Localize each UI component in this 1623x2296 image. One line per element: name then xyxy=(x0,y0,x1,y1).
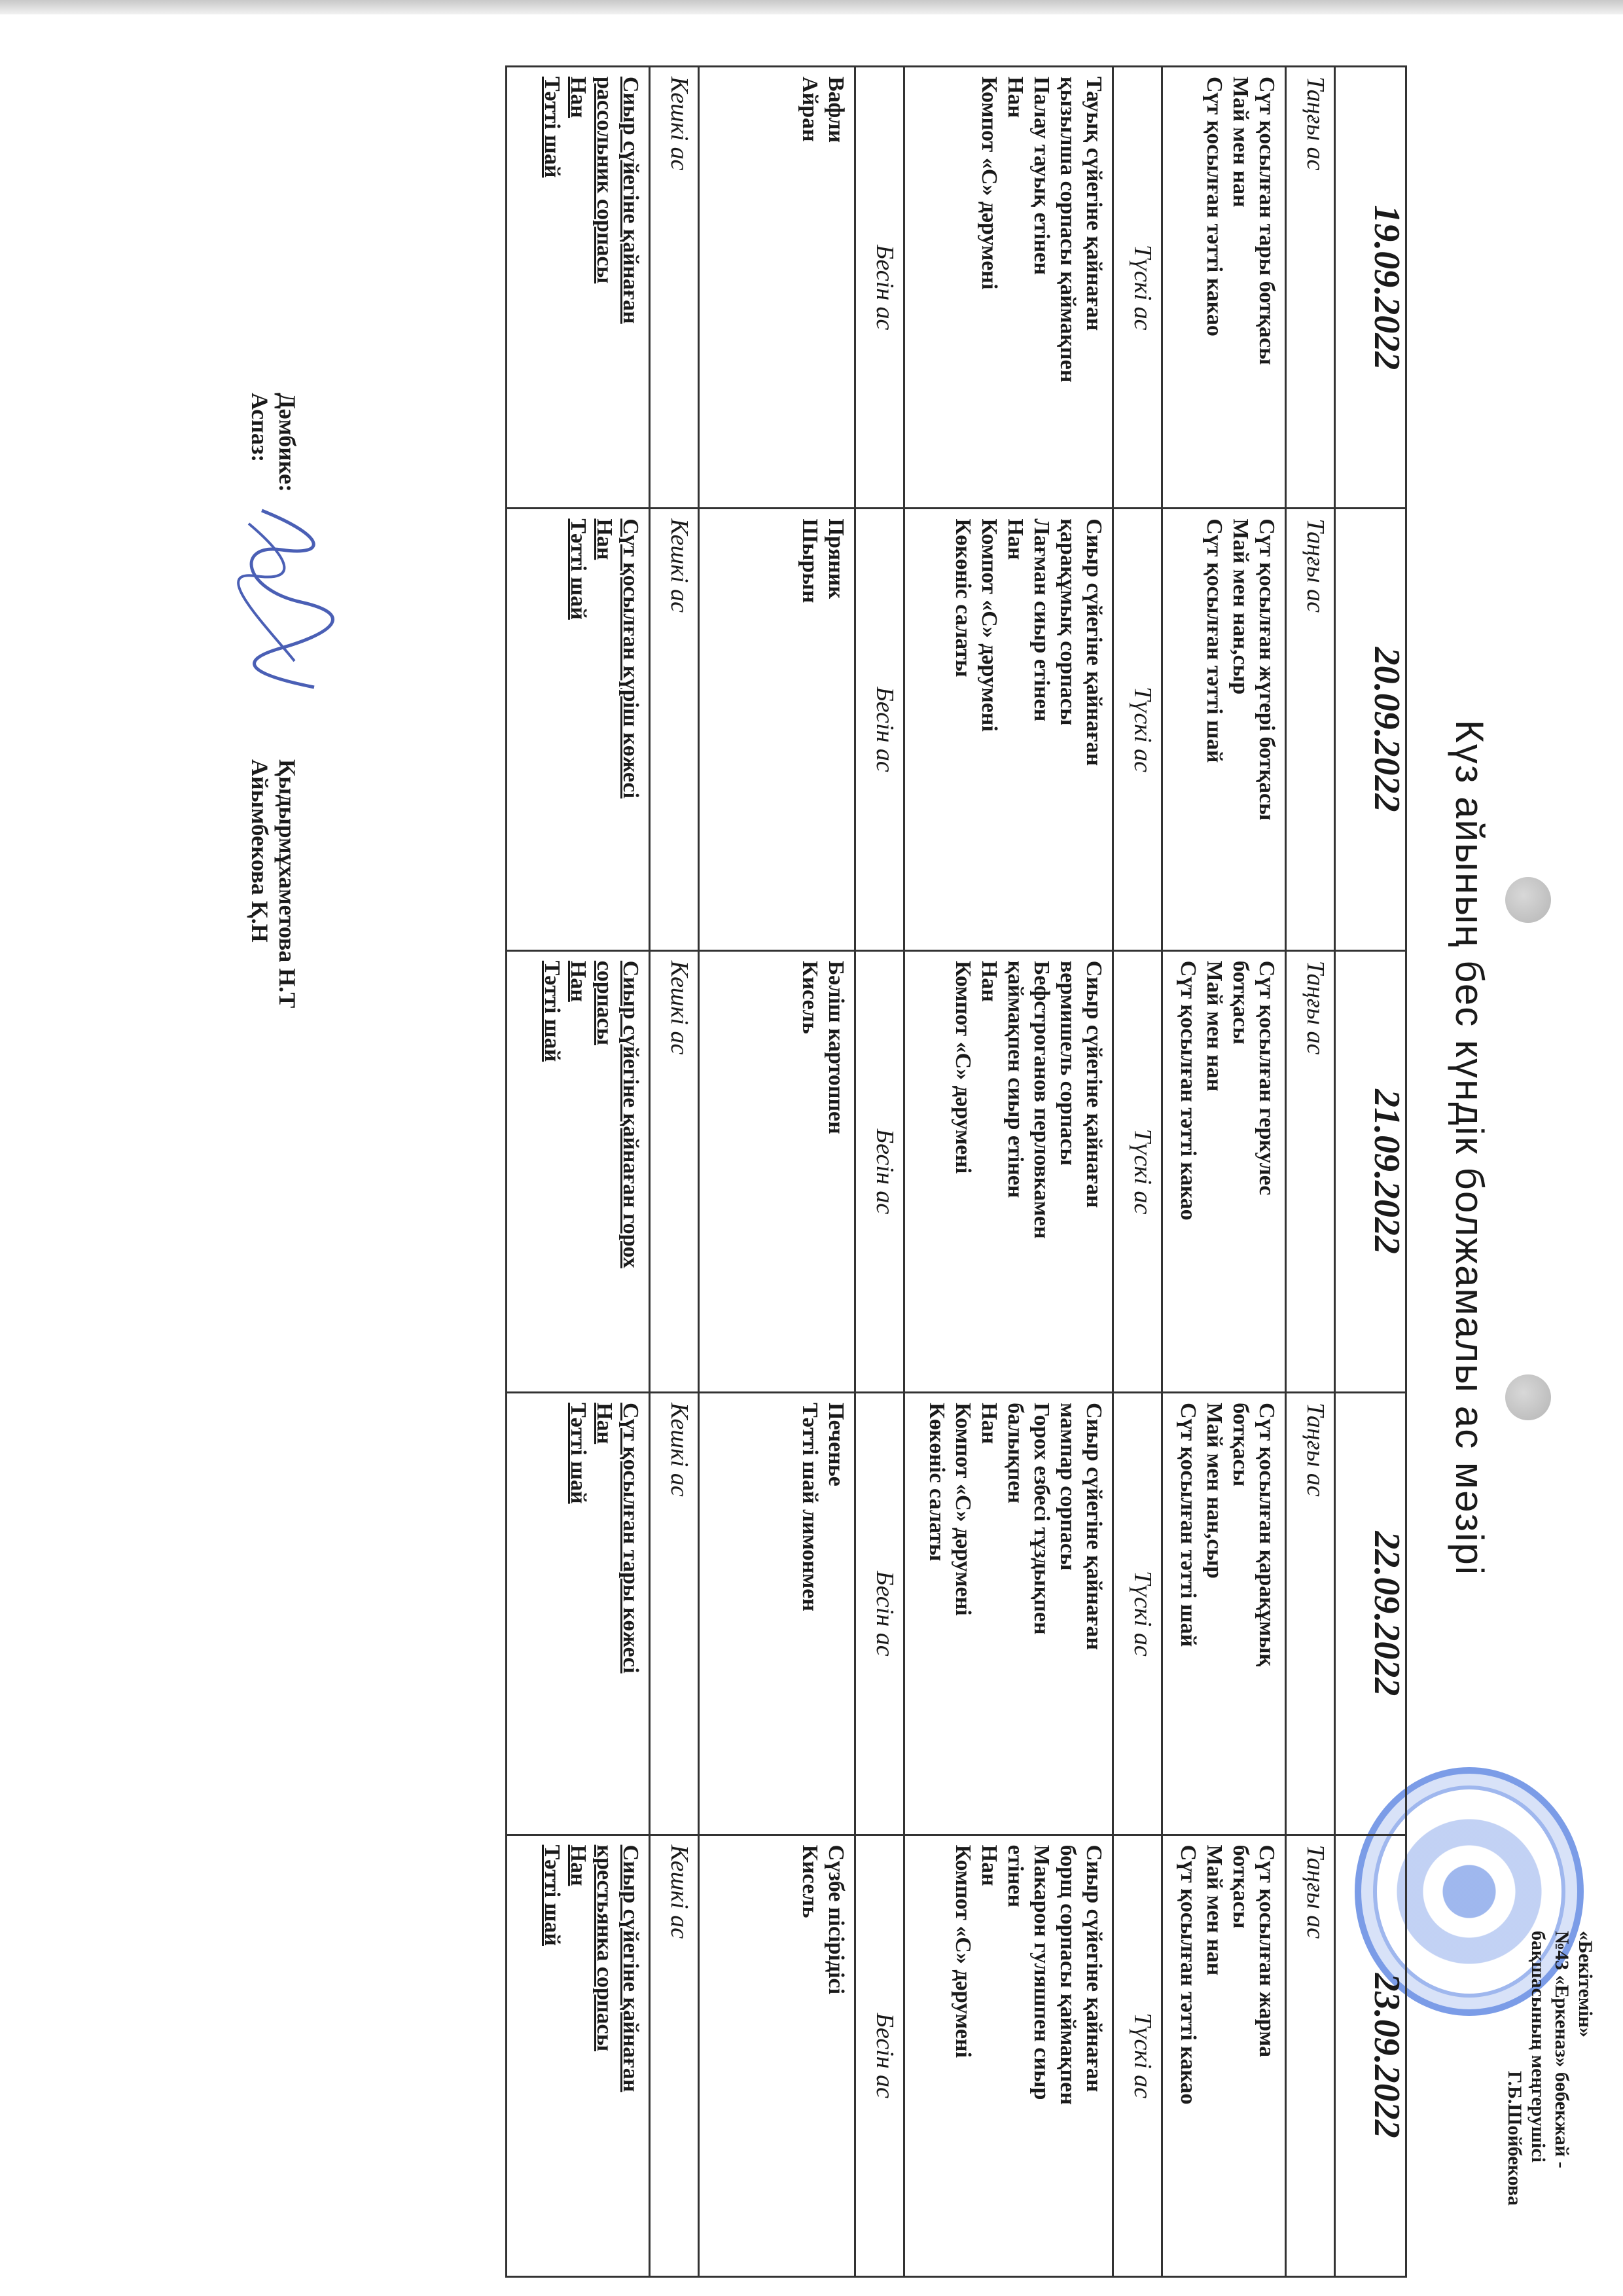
menu-item: Шырын xyxy=(796,518,823,940)
menu-sheet: «Бекітемін» №43 «Еркеназ» бөбекжай - бақ… xyxy=(0,0,1623,2296)
menu-item: ботқасы xyxy=(1227,961,1253,1382)
menu-item: Тәтті шай xyxy=(539,1845,565,2267)
meal-label-lunch: Түскі ас xyxy=(1113,1835,1162,2276)
menu-item: ботқасы xyxy=(1227,1403,1253,1824)
menu-item: Компот «С» дәрумені xyxy=(950,1845,976,2267)
menu-item: Май мен нан xyxy=(1201,961,1227,1382)
snack-items: ПряникШырын xyxy=(699,509,855,950)
menu-item: Сүт қосылған тары ботқасы xyxy=(1253,77,1279,498)
menu-item: Нан xyxy=(591,518,617,940)
meal-label-breakfast: Таңғы ас xyxy=(1286,67,1335,509)
menu-item: қаймақпен сиыр етінен xyxy=(1002,961,1028,1382)
menu-item: қызылша сорпасы қаймақпен xyxy=(1054,77,1080,498)
approval-line: «Бекітемін» xyxy=(1573,1931,1597,2206)
menu-item: Сүт қосылған күріш көжесі xyxy=(617,518,643,940)
meal-label-breakfast: Таңғы ас xyxy=(1286,1835,1335,2276)
meal-label-dinner: Кешкі ас xyxy=(650,1835,699,2276)
menu-item: Сүт қосылған тары көжесі xyxy=(617,1403,643,1824)
approval-line: Г.Б.Шойбекова xyxy=(1503,1931,1526,2206)
meal-label-breakfast: Таңғы ас xyxy=(1286,509,1335,950)
menu-item: Нан xyxy=(976,961,1002,1382)
menu-item: Нан xyxy=(565,961,591,1382)
menu-item: ботқасы xyxy=(1227,1845,1253,2267)
menu-item: Тәтті шай xyxy=(565,1403,591,1824)
meal-label-snack: Бесін ас xyxy=(855,67,904,509)
menu-item: Сүт қосылған қарақұмық xyxy=(1253,1403,1279,1824)
approval-line: №43 «Еркеназ» бөбекжай - xyxy=(1550,1931,1573,2206)
menu-item: Сиыр сүйегіне қайнаған xyxy=(1080,518,1107,940)
approval-block: «Бекітемін» №43 «Еркеназ» бөбекжай - бақ… xyxy=(1503,1931,1597,2206)
menu-row: ВафлиАйранПряникШырынБәліш картоппенКисе… xyxy=(699,67,855,2277)
menu-item: мампар сорпасы xyxy=(1054,1403,1080,1824)
meal-label-lunch: Түскі ас xyxy=(1113,509,1162,950)
menu-item: Көкөніс салаты xyxy=(923,1403,950,1824)
menu-table: 19.09.202220.09.202221.09.202222.09.2022… xyxy=(505,65,1407,2278)
lunch-items: Сиыр сүйегіне қайнағанқарақұмық сорпасыЛ… xyxy=(904,509,1113,950)
signers-block: Дәмбике: Қыдырмұхаметова Н.Т Аспаз: Айым… xyxy=(246,393,301,1008)
menu-item: Тәтті шай лимонмен xyxy=(796,1403,823,1824)
day-date: 19.09.2022 xyxy=(1335,67,1406,509)
menu-item: Сүзбе пісірідісі xyxy=(823,1845,849,2267)
menu-item: Макарон гуляшпен сиыр xyxy=(1028,1845,1054,2267)
menu-item: рассольник сорпасы xyxy=(591,77,617,498)
menu-item: Сүт қосылған тәтті какао xyxy=(1201,77,1227,498)
dinner-items: Сиыр сүйегіне қайнаған горохсорпасыНанТә… xyxy=(507,950,650,1392)
menu-item: вермишель сорпасы xyxy=(1054,961,1080,1382)
meal-label-snack: Бесін ас xyxy=(855,509,904,950)
menu-item: Көкөніс салаты xyxy=(950,518,976,940)
menu-item: Нан xyxy=(1002,77,1028,498)
menu-item: Горох езбесі тұздықпен xyxy=(1028,1403,1054,1824)
menu-item: Вафли xyxy=(823,77,849,498)
menu-item: Палау тауық етінен xyxy=(1028,77,1054,498)
dinner-items: Сүт қосылған күріш көжесіНанТәтті шай xyxy=(507,509,650,950)
menu-item: Сүт қосылған тәтті шай xyxy=(1201,518,1227,940)
menu-item: қарақұмық сорпасы xyxy=(1054,518,1080,940)
menu-item: Сүт қосылған тәтті шай xyxy=(1175,1403,1201,1824)
lunch-items: Тауық сүйегіне қайнағанқызылша сорпасы қ… xyxy=(904,67,1113,509)
menu-item: Нан xyxy=(976,1845,1002,2267)
day-date: 23.09.2022 xyxy=(1335,1835,1406,2276)
menu-item: сорпасы xyxy=(591,961,617,1382)
menu-item: етінен xyxy=(1002,1845,1028,2267)
signer-name: Қыдырмұхаметова Н.Т xyxy=(274,759,301,1008)
meal-label-snack: Бесін ас xyxy=(855,1393,904,1835)
dinner-items: Сүт қосылған тары көжесіНанТәтті шай xyxy=(507,1393,650,1835)
menu-row: Таңғы асТаңғы асТаңғы асТаңғы асТаңғы ас xyxy=(1286,67,1335,2277)
snack-items: Бәліш картоппенКисель xyxy=(699,950,855,1392)
menu-item: Лағман сиыр етінен xyxy=(1028,518,1054,940)
menu-item: Сиыр сүйегіне қайнаған xyxy=(617,77,643,498)
menu-row: Сүт қосылған тары ботқасыМай мен нанСүт … xyxy=(1162,67,1286,2277)
breakfast-items: Сүт қосылған геркулесботқасыМай мен нанС… xyxy=(1162,950,1286,1392)
day-date: 20.09.2022 xyxy=(1335,509,1406,950)
meal-label-snack: Бесін ас xyxy=(855,950,904,1392)
breakfast-items: Сүт қосылған қарақұмықботқасыМай мен нан… xyxy=(1162,1393,1286,1835)
lunch-items: Сиыр сүйегіне қайнағанвермишель сорпасыБ… xyxy=(904,950,1113,1392)
menu-item: Тәтті шай xyxy=(565,518,591,940)
menu-item: Нан xyxy=(976,1403,1002,1824)
menu-item: Май мен нан,сыр xyxy=(1227,518,1253,940)
meal-label-dinner: Кешкі ас xyxy=(650,67,699,509)
day-date: 21.09.2022 xyxy=(1335,950,1406,1392)
menu-item: Нан xyxy=(1002,518,1028,940)
menu-item: Тәтті шай xyxy=(539,961,565,1382)
approval-line: бақшасының меңгерушісі xyxy=(1526,1931,1550,2206)
menu-item: Тауық сүйегіне қайнаған xyxy=(1080,77,1107,498)
meal-label-dinner: Кешкі ас xyxy=(650,950,699,1392)
menu-item: Айран xyxy=(796,77,823,498)
menu-row: Түскі асТүскі асТүскі асТүскі асТүскі ас xyxy=(1113,67,1162,2277)
meal-label-snack: Бесін ас xyxy=(855,1835,904,2276)
menu-item: Компот «С» дәрумені xyxy=(950,1403,976,1824)
menu-item: Тәтті шай xyxy=(539,77,565,498)
menu-item: Май мен нан xyxy=(1201,1845,1227,2267)
meal-label-lunch: Түскі ас xyxy=(1113,950,1162,1392)
menu-item: Сиыр сүйегіне қайнаған xyxy=(1080,961,1107,1382)
menu-item: Сиыр сүйегіне қайнаған xyxy=(617,1845,643,2267)
menu-item: Сүт қосылған геркулес xyxy=(1253,961,1279,1382)
menu-item: Кисель xyxy=(796,1845,823,2267)
menu-item: Сүт қосылған тәтті какао xyxy=(1175,1845,1201,2267)
snack-items: ПеченьеТәтті шай лимонмен xyxy=(699,1393,855,1835)
signer-name: Айымбекова Қ.Н xyxy=(246,759,274,942)
breakfast-items: Сүт қосылған тары ботқасыМай мен нанСүт … xyxy=(1162,67,1286,509)
menu-row: Сиыр сүйегіне қайнағанрассольник сорпасы… xyxy=(507,67,650,2277)
menu-item: Сиыр сүйегіне қайнаған xyxy=(1080,1845,1107,2267)
menu-item: Пряник xyxy=(823,518,849,940)
menu-item: Печенье xyxy=(823,1403,849,1824)
menu-item: Нан xyxy=(591,1403,617,1824)
menu-item: борщ сорпасы қаймақпен xyxy=(1054,1845,1080,2267)
menu-item: Нан xyxy=(565,77,591,498)
menu-row: Кешкі асКешкі асКешкі асКешкі асКешкі ас xyxy=(650,67,699,2277)
menu-item: Май мен нан xyxy=(1227,77,1253,498)
meal-label-dinner: Кешкі ас xyxy=(650,1393,699,1835)
document-title: Күз айының бес күндік болжамалы ас мәзір… xyxy=(1447,0,1492,2296)
menu-item: Сүт қосылған жүгері ботқасы xyxy=(1253,518,1279,940)
menu-item: Кисель xyxy=(796,961,823,1382)
menu-row: 19.09.202220.09.202221.09.202222.09.2022… xyxy=(1335,67,1406,2277)
meal-label-lunch: Түскі ас xyxy=(1113,1393,1162,1835)
menu-item: Компот «С» дәрумені xyxy=(950,961,976,1382)
meal-label-dinner: Кешкі ас xyxy=(650,509,699,950)
meal-label-breakfast: Таңғы ас xyxy=(1286,1393,1335,1835)
menu-item: Компот «С» дәрумені xyxy=(976,518,1002,940)
menu-item: Нан xyxy=(565,1845,591,2267)
dinner-items: Сиыр сүйегіне қайнағанрассольник сорпасы… xyxy=(507,67,650,509)
meal-label-breakfast: Таңғы ас xyxy=(1286,950,1335,1392)
menu-item: балықпен xyxy=(1002,1403,1028,1824)
menu-item: Бефстроганов перловкамен xyxy=(1028,961,1054,1382)
menu-item: Май мен нан,сыр xyxy=(1201,1403,1227,1824)
menu-item: Сиыр сүйегіне қайнаған горох xyxy=(617,961,643,1382)
menu-row: Бесін асБесін асБесін асБесін асБесін ас xyxy=(855,67,904,2277)
signer-role: Дәмбике: xyxy=(274,393,301,759)
menu-item: Бәліш картоппен xyxy=(823,961,849,1382)
breakfast-items: Сүт қосылған жармаботқасыМай мен нанСүт … xyxy=(1162,1835,1286,2276)
day-date: 22.09.2022 xyxy=(1335,1393,1406,1835)
menu-item: Сүт қосылған жарма xyxy=(1253,1845,1279,2267)
menu-item: Сиыр сүйегіне қайнаған xyxy=(1080,1403,1107,1824)
menu-item: крестьянка сорпасы xyxy=(591,1845,617,2267)
breakfast-items: Сүт қосылған жүгері ботқасыМай мен нан,с… xyxy=(1162,509,1286,950)
dinner-items: Сиыр сүйегіне қайнағанкрестьянка сорпасы… xyxy=(507,1835,650,2276)
signer-row: Аспаз: Айымбекова Қ.Н xyxy=(246,393,274,1008)
lunch-items: Сиыр сүйегіне қайнағанмампар сорпасыГоро… xyxy=(904,1393,1113,1835)
snack-items: Сүзбе пісірідісіКисель xyxy=(699,1835,855,2276)
lunch-items: Сиыр сүйегіне қайнағанборщ сорпасы қайма… xyxy=(904,1835,1113,2276)
menu-item: Сүт қосылған тәтті какао xyxy=(1175,961,1201,1382)
menu-row: Тауық сүйегіне қайнағанқызылша сорпасы қ… xyxy=(904,67,1113,2277)
snack-items: ВафлиАйран xyxy=(699,67,855,509)
menu-item: Компот «С» дәрумені xyxy=(976,77,1002,498)
meal-label-lunch: Түскі ас xyxy=(1113,67,1162,509)
signer-role: Аспаз: xyxy=(246,393,274,759)
signer-row: Дәмбике: Қыдырмұхаметова Н.Т xyxy=(274,393,301,1008)
